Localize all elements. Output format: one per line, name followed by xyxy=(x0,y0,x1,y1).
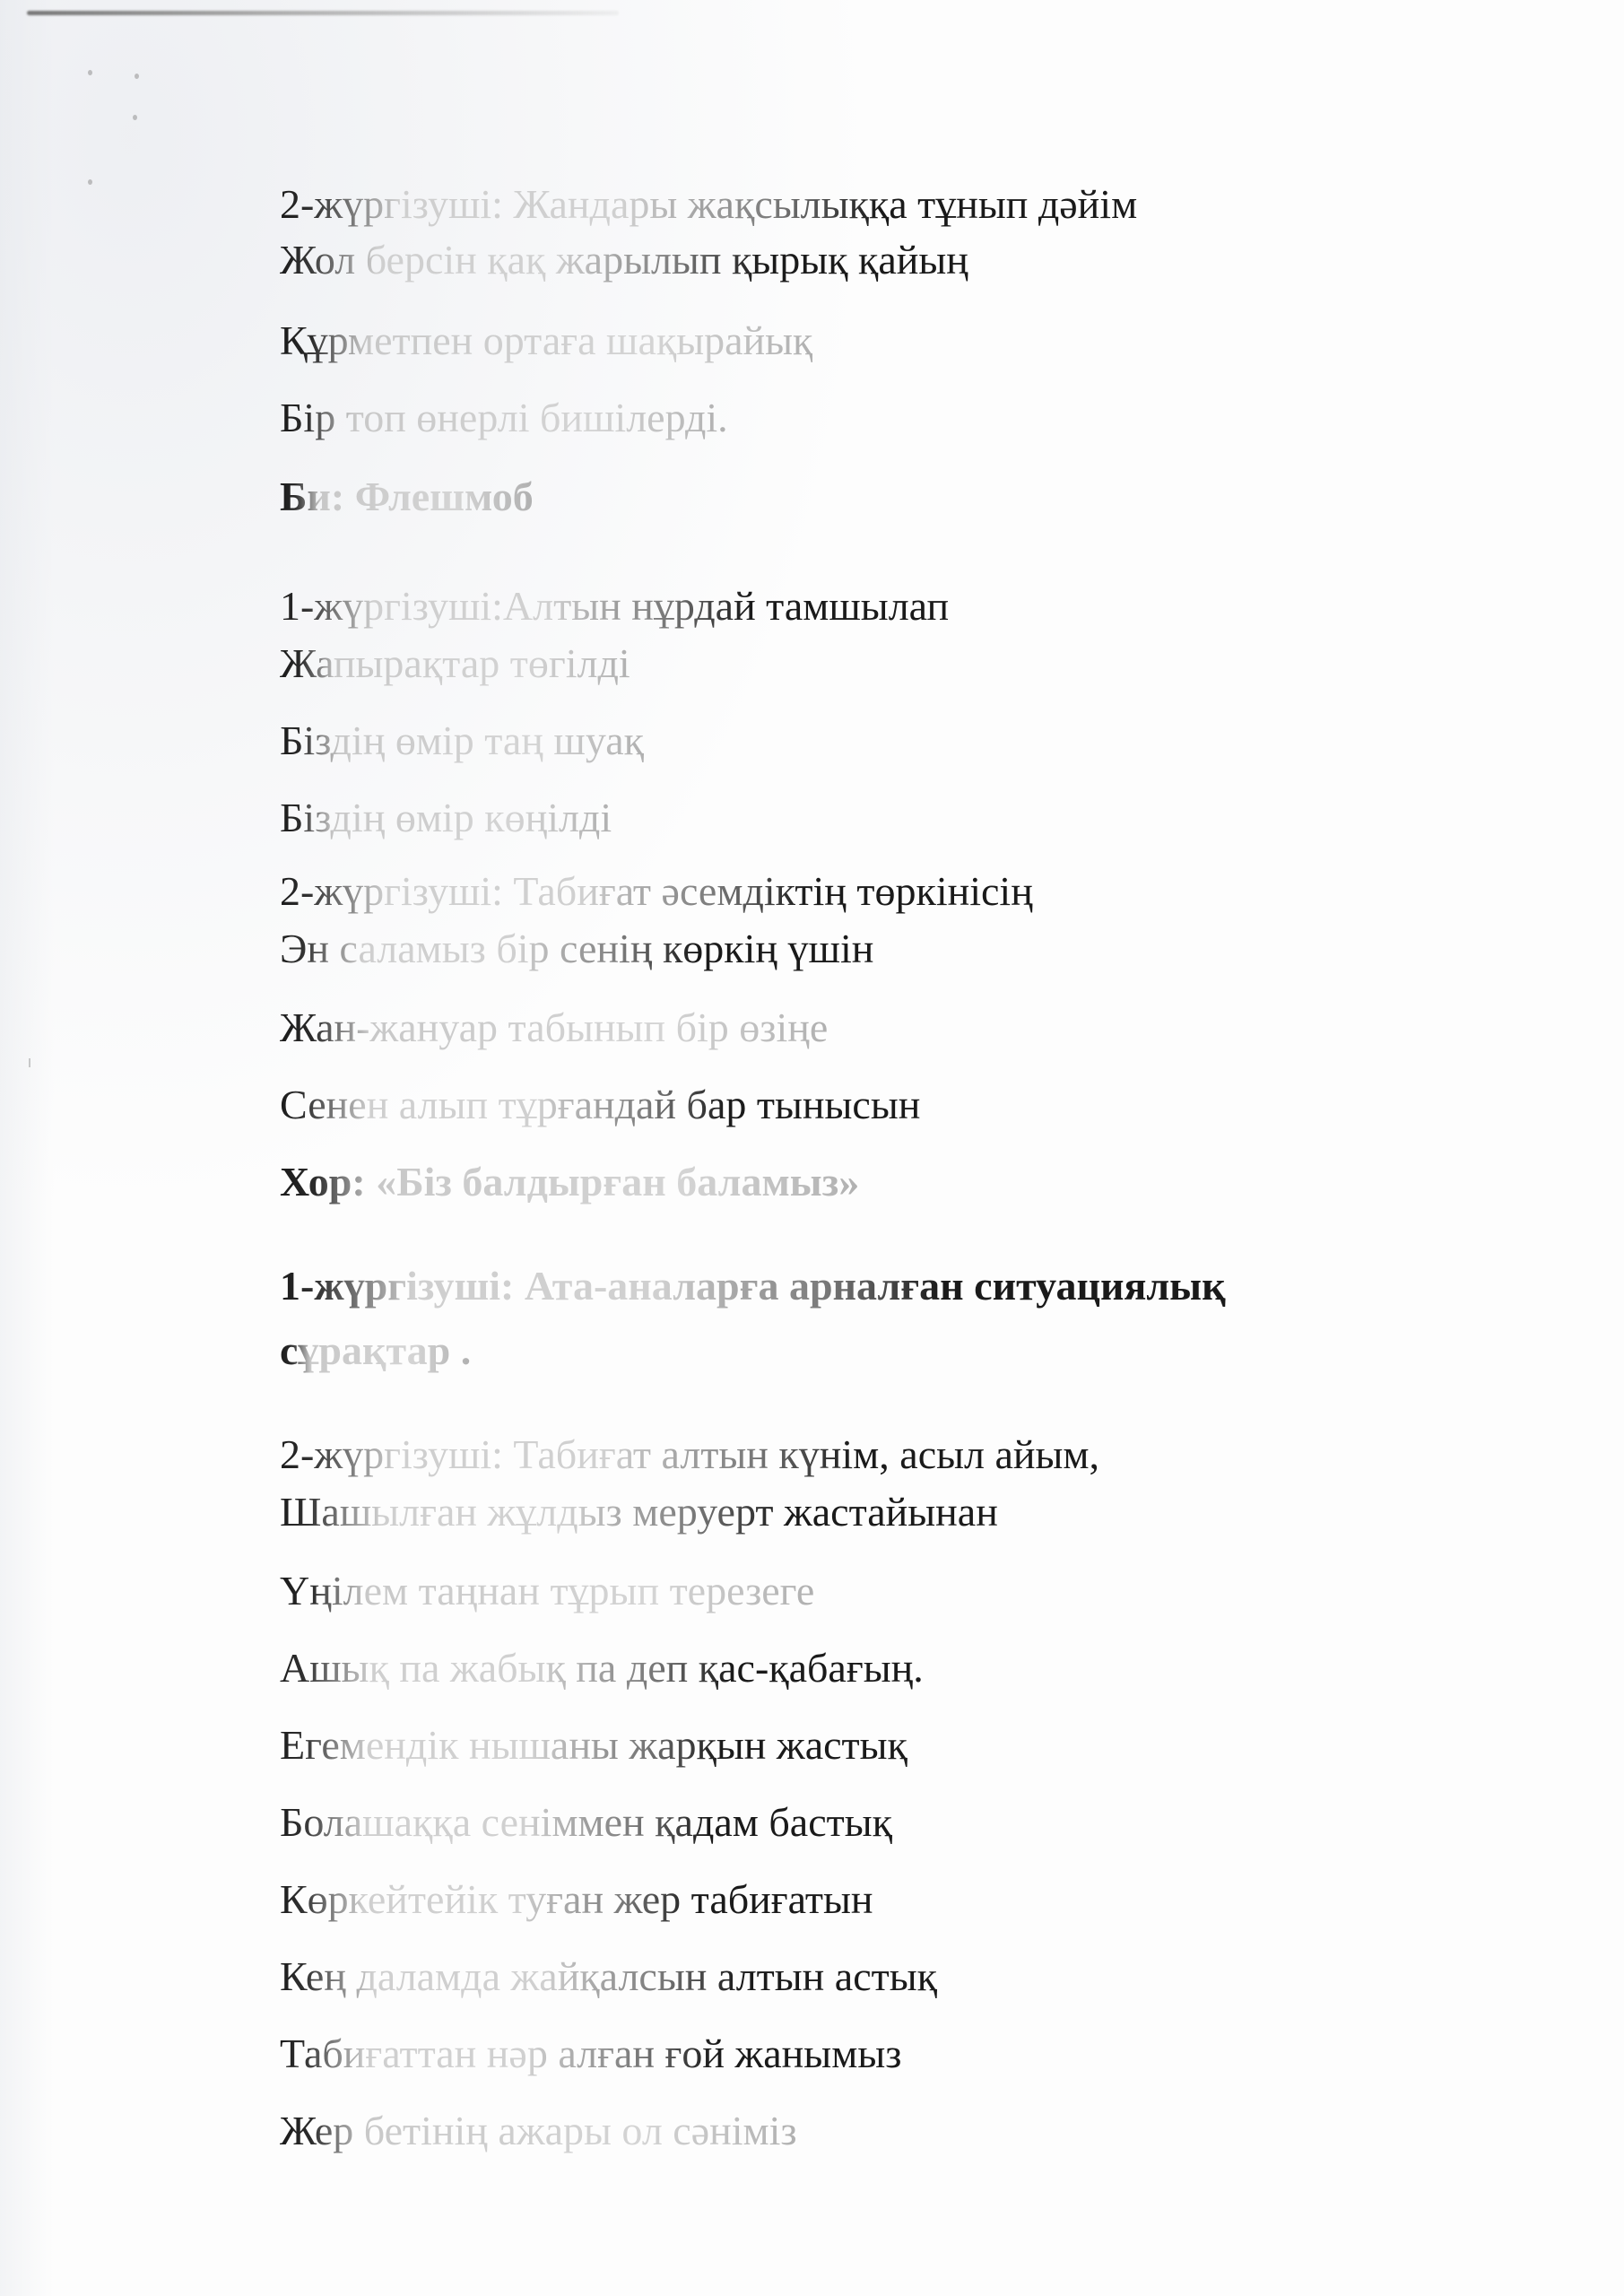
verse-line: Шашылған жұлдыз меруерт жастайынан xyxy=(280,1487,998,1537)
scan-speck xyxy=(133,115,137,120)
dance-title: : Флешмоб xyxy=(331,474,534,519)
verse-line: Жапырақтар төгілді xyxy=(280,639,630,689)
verse-line: Құрметпен ортаға шақырайық xyxy=(280,316,812,366)
verse-line: Бір топ өнерлі бишілерді. xyxy=(280,393,728,443)
dance-item: Би: Флешмоб xyxy=(280,472,534,522)
verse-line: 2-жүргізуші: Табиғат алтын күнім, асыл а… xyxy=(280,1430,1099,1480)
scan-speck xyxy=(88,179,92,185)
verse-line: Егемендік нышаны жарқын жастық xyxy=(280,1720,908,1770)
dance-label: Би xyxy=(280,474,331,519)
verse-line: Көркейтейік туған жер табиғатын xyxy=(280,1874,873,1925)
verse-line: Болашаққа сеніммен қадам бастық xyxy=(280,1797,892,1848)
choir-item: Хор: «Біз балдырған баламыз» xyxy=(280,1157,859,1207)
scan-margin-mark xyxy=(29,1058,30,1067)
verse-line: Эн саламыз бір сенің көркің үшін xyxy=(280,924,873,974)
verse-line: Біздің өмір көңілді xyxy=(280,793,612,843)
scan-speck xyxy=(88,70,92,75)
verse-line: Жан-жануар табынып бір өзіңе xyxy=(280,1003,828,1053)
verse-line: Сенен алып тұрғандай бар тынысын xyxy=(280,1080,920,1130)
verse-line: 1-жүргізуші:Алтын нұрдай тамшылап xyxy=(280,581,949,631)
verse-line: Кең даламда жайқалсын алтын астық xyxy=(280,1952,937,2002)
verse-line: Табиғаттан нәр алған ғой жанымыз xyxy=(280,2029,901,2079)
verse-line: Жер бетінің ажары ол сәніміз xyxy=(280,2106,797,2156)
verse-line: Үңілем таңнан тұрып терезеге xyxy=(280,1566,814,1616)
verse-line: 2-жүргізуші: Жандары жақсылыққа тұнып дә… xyxy=(280,179,1137,230)
scanned-page: 2-жүргізуші: Жандары жақсылыққа тұнып дә… xyxy=(0,0,1624,2296)
section-heading: сұрақтар . xyxy=(280,1326,471,1376)
section-heading: 1-жүргізуші: Ата-аналарға арналған ситуа… xyxy=(280,1261,1226,1311)
verse-line: Біздің өмір таң шуақ xyxy=(280,716,644,766)
scan-speck xyxy=(135,74,139,79)
verse-line: Жол берсін қақ жарылып қырық қайың xyxy=(280,235,968,285)
scan-paper-edge xyxy=(27,11,619,15)
verse-line: Ашық па жабық па деп қас-қабағың. xyxy=(280,1643,924,1693)
verse-line: 2-жүргізуші: Табиғат әсемдіктің төркініс… xyxy=(280,866,1033,917)
